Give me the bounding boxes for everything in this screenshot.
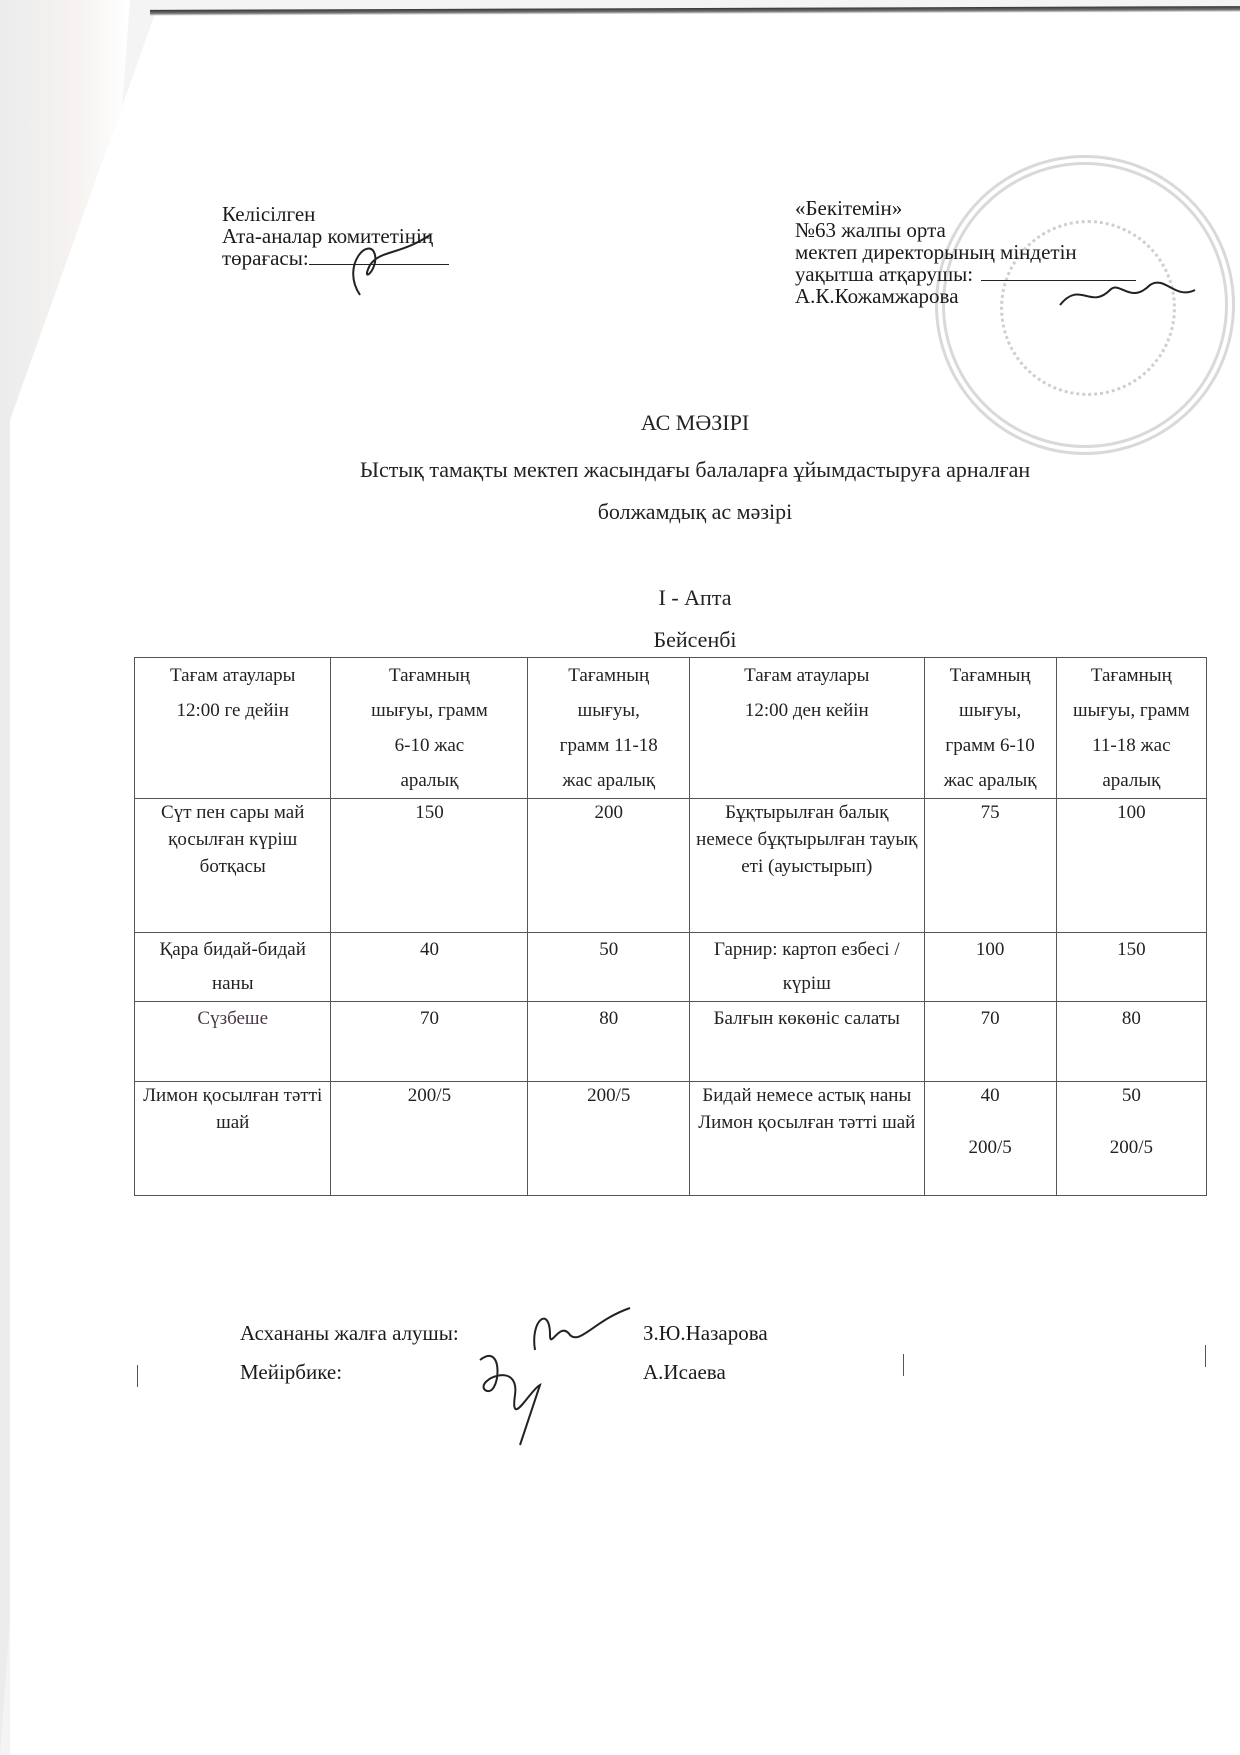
afternoon-dish-bread: Бидай немесе астық наны	[696, 1082, 918, 1109]
morning-6-10: 150	[331, 799, 528, 933]
table-header-row: Тағам атаулары12:00 ге дейін Тағамныңшығ…	[135, 658, 1207, 799]
page-subtitle-2: болжамдық ас мәзірі	[0, 499, 1240, 525]
nurse-name: А.Исаева	[643, 1361, 726, 1383]
table-row: Сүт пен сары май қосылған күріш ботқасы …	[135, 799, 1207, 933]
signature-icon	[330, 225, 440, 305]
morning-dish: Сүт пен сары май қосылған күріш ботқасы	[135, 799, 331, 933]
canteen-label: Асхананы жалға алушы:	[240, 1322, 459, 1344]
nurse-label: Мейірбике:	[240, 1361, 342, 1383]
afternoon-11-18: 100	[1056, 799, 1206, 933]
afternoon-6-10: 70	[924, 1002, 1056, 1082]
page-title: АС МӘЗІРІ	[0, 410, 1240, 436]
canteen-name: З.Ю.Назарова	[643, 1322, 768, 1344]
afternoon-dish-tea: Лимон қосылған тәтті шай	[696, 1109, 918, 1136]
table-row: Сүзбеше 70 80 Балғын көкөніс салаты 70 8…	[135, 1002, 1207, 1082]
header-morning-11-18: Тағамныңшығуы,грамм 11-18жас аралық	[528, 658, 690, 799]
menu-table: Тағам атаулары12:00 ге дейін Тағамныңшығ…	[134, 657, 1207, 1196]
approve-line-1: «Бекітемін»	[795, 197, 1136, 219]
morning-6-10: 70	[331, 1002, 528, 1082]
table-row: Қара бидай-бидай наны 40 50 Гарнир: карт…	[135, 933, 1207, 1002]
day-label: Бейсенбі	[0, 627, 1240, 653]
header-morning-dish: Тағам атаулары12:00 ге дейін	[135, 658, 331, 799]
header-afternoon-dish: Тағам атаулары12:00 ден кейін	[690, 658, 925, 799]
morning-11-18: 200	[528, 799, 690, 933]
morning-6-10: 200/5	[331, 1082, 528, 1196]
signature-icon	[1050, 270, 1200, 320]
approve-line-2: №63 жалпы орта	[795, 219, 1136, 241]
afternoon-6-10: 75	[924, 799, 1056, 933]
morning-dish: Сүзбеше	[135, 1002, 331, 1082]
morning-11-18: 200/5	[528, 1082, 690, 1196]
afternoon-dish: Гарнир: картоп езбесі /күріш	[690, 933, 925, 1002]
afternoon-dish: Бидай немесе астық наныЛимон қосылған тә…	[690, 1082, 925, 1196]
morning-11-18: 50	[528, 933, 690, 1002]
scan-mark	[1205, 1345, 1206, 1367]
morning-dish: Лимон қосылған тәтті шай	[135, 1082, 331, 1196]
morning-11-18: 80	[528, 1002, 690, 1082]
afternoon-11-18: 50200/5	[1056, 1082, 1206, 1196]
header-morning-6-10: Тағамныңшығуы, грамм6-10 жасаралық	[331, 658, 528, 799]
morning-dish: Қара бидай-бидай наны	[135, 933, 331, 1002]
header-afternoon-6-10: Тағамныңшығуы,грамм 6-10жас аралық	[924, 658, 1056, 799]
header-afternoon-11-18: Тағамныңшығуы, грамм11-18 жасаралық	[1056, 658, 1206, 799]
week-label: I - Апта	[0, 585, 1240, 611]
scan-mark	[137, 1365, 138, 1387]
table-row: Лимон қосылған тәтті шай 200/5 200/5 Бид…	[135, 1082, 1207, 1196]
morning-6-10: 40	[331, 933, 528, 1002]
afternoon-11-18: 150	[1056, 933, 1206, 1002]
afternoon-6-10: 40200/5	[924, 1082, 1056, 1196]
afternoon-dish: Бұқтырылған балық немесе бұқтырылған тау…	[690, 799, 925, 933]
afternoon-dish: Балғын көкөніс салаты	[690, 1002, 925, 1082]
scan-mark	[903, 1354, 904, 1376]
signature-icon	[460, 1340, 560, 1450]
afternoon-6-10: 100	[924, 933, 1056, 1002]
approve-line-3: мектеп директорының міндетін	[795, 241, 1136, 263]
page-subtitle: Ыстық тамақты мектеп жасындағы балаларға…	[0, 457, 1240, 483]
afternoon-11-18: 80	[1056, 1002, 1206, 1082]
agreed-line-1: Келісілген	[222, 203, 449, 225]
